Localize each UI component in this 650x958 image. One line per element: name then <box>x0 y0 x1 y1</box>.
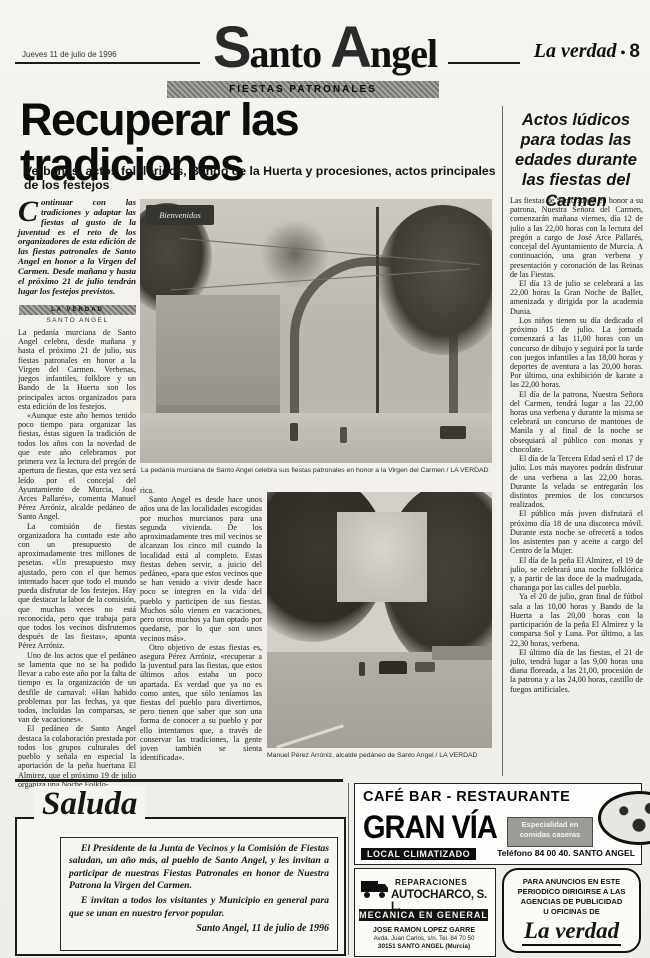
photo-car <box>440 426 466 439</box>
photo-figure <box>290 423 298 441</box>
bullet-icon: • <box>621 46 626 61</box>
article-paragraph: Uno de los actos que el pedáneo se lamen… <box>18 651 136 725</box>
drop-cap: C <box>18 200 38 223</box>
masthead-cap: A <box>330 15 370 80</box>
photo-mayor-street <box>267 492 492 748</box>
saluda-title: Saluda <box>34 786 145 823</box>
article-paragraph: La pedanía murciana de Santo Angel celeb… <box>18 328 136 411</box>
side-paragraph: El público más joven disfrutará el próxi… <box>510 509 643 555</box>
laverdad-promo-ad: PARA ANUNCIOS EN ESTE PERIODICO DIRIGIRS… <box>502 868 641 953</box>
article-paragraph: «Aunque este año hemos tenido poco tiemp… <box>18 411 136 522</box>
photo-car <box>415 662 435 672</box>
side-paragraph: El día de la peña El Almirez, el 19 de j… <box>510 556 643 593</box>
subheadline: Verbenas, actos folklóricos, Bando de la… <box>24 164 500 192</box>
granvia-category: CAFÉ BAR - RESTAURANTE <box>363 789 570 805</box>
granvia-specialty: Especialidad en comidas caseras <box>507 817 593 847</box>
photo-building <box>156 295 280 413</box>
side-paragraph: El último día de las fiestas, el 21 de j… <box>510 648 643 694</box>
photo-street <box>140 413 492 463</box>
article-paragraph: rica. <box>140 486 262 495</box>
brand-logo: La verdad <box>534 40 617 62</box>
masthead-title: Santo Angel <box>200 14 450 81</box>
truck-icon <box>361 879 389 899</box>
article-paragraph: Santo Angel es desde hace unos años una … <box>140 495 262 643</box>
autocharco-service: MECANICA EN GENERAL <box>359 909 488 921</box>
photo-caption: Manuel Pérez Arróniz, alcalde pedáneo de… <box>267 752 492 759</box>
laverdad-promo-text: PARA ANUNCIOS EN ESTE PERIODICO DIRIGIRS… <box>504 877 639 916</box>
laverdad-promo-logo: La verdad <box>522 919 621 945</box>
side-paragraph: El día 13 de julio se celebrará a las 22… <box>510 279 643 316</box>
granvia-feature: LOCAL CLIMATIZADO <box>361 848 476 860</box>
photo-fiesta-street: Bienvenidos <box>140 199 492 463</box>
side-paragraph: Ya el 20 de julio, gran final de fútbol … <box>510 592 643 647</box>
autocharco-category: REPARACIONES <box>395 877 467 887</box>
photo-wall <box>432 646 492 660</box>
granvia-logo: GRAN VÍA <box>363 810 497 847</box>
saluda-body: El Presidente de la Junta de Vecinos y l… <box>60 837 338 951</box>
granvia-phone: Teléfono 84 00 40. SANTO ANGEL <box>497 848 635 858</box>
issue-date: Jueves 11 de julio de 1996 <box>22 50 117 59</box>
article-column-2: rica. Santo Angel es desde hace unos año… <box>140 486 262 822</box>
saluda-signature: Santo Angel, 11 de julio de 1996 <box>69 923 329 936</box>
photo-car <box>379 661 407 674</box>
byline-location: SANTO ANGEL <box>19 317 136 324</box>
lead-paragraph: Continuar con las tradiciones y adaptar … <box>18 198 136 296</box>
brand-block: La verdad • 8 <box>520 40 640 63</box>
autocharco-city: 30151 SANTO ANGEL (Murcia) <box>359 943 489 950</box>
masthead-cap: S <box>213 15 250 80</box>
side-paragraph: Las fiestas de Santo Angel en honor a su… <box>510 196 643 279</box>
photo-caption: La pedanía murciana de Santo Angel celeb… <box>141 467 493 474</box>
page-number: 8 <box>629 41 640 62</box>
photo-sky <box>337 512 427 602</box>
header-rule-left <box>15 62 200 64</box>
article-paragraph: Otro objetivo de estas fiestas es, asegu… <box>140 643 262 763</box>
side-article-body: Las fiestas de Santo Angel en honor a su… <box>510 196 643 776</box>
autocharco-owner: JOSE RAMON LOPEZ GARRE <box>359 925 489 934</box>
side-paragraph: El día de la Tercera Edad será el 17 de … <box>510 454 643 509</box>
bottom-rule <box>15 779 343 782</box>
granvia-ad: CAFÉ BAR - RESTAURANTE GRAN VÍA Especial… <box>354 783 642 865</box>
article-column-1: La pedanía murciana de Santo Angel celeb… <box>18 328 136 802</box>
autocharco-ad: REPARACIONES AUTOCHARCO, S. L. MECANICA … <box>354 868 496 957</box>
saluda-paragraph: E invitan a todos los visitantes y Munic… <box>69 895 329 920</box>
header-rule-right <box>448 62 520 64</box>
saluda-paragraph: El Presidente de la Junta de Vecinos y l… <box>69 843 329 892</box>
photo-welcome-sign: Bienvenidos <box>146 205 214 225</box>
photo-pole <box>376 207 379 439</box>
side-paragraph: Los niños tienen su día dedicado el próx… <box>510 316 643 390</box>
article-paragraph: La comisión de fiestas organizadora ha c… <box>18 522 136 651</box>
autocharco-address: Avda. Juan Carlos, s/n. Tel. 84 70 50 <box>359 935 489 942</box>
newspaper-page: Jueves 11 de julio de 1996 Santo Angel L… <box>0 0 650 958</box>
side-paragraph: El día de la patrona, Nuestra Señora del… <box>510 390 643 455</box>
ads-divider <box>348 783 349 955</box>
byline-bar: LA VERDAD <box>19 305 136 315</box>
granvia-oval-logo <box>598 791 650 845</box>
photo-figure <box>340 427 347 443</box>
photo-figure <box>359 662 365 676</box>
column-divider <box>502 106 503 776</box>
